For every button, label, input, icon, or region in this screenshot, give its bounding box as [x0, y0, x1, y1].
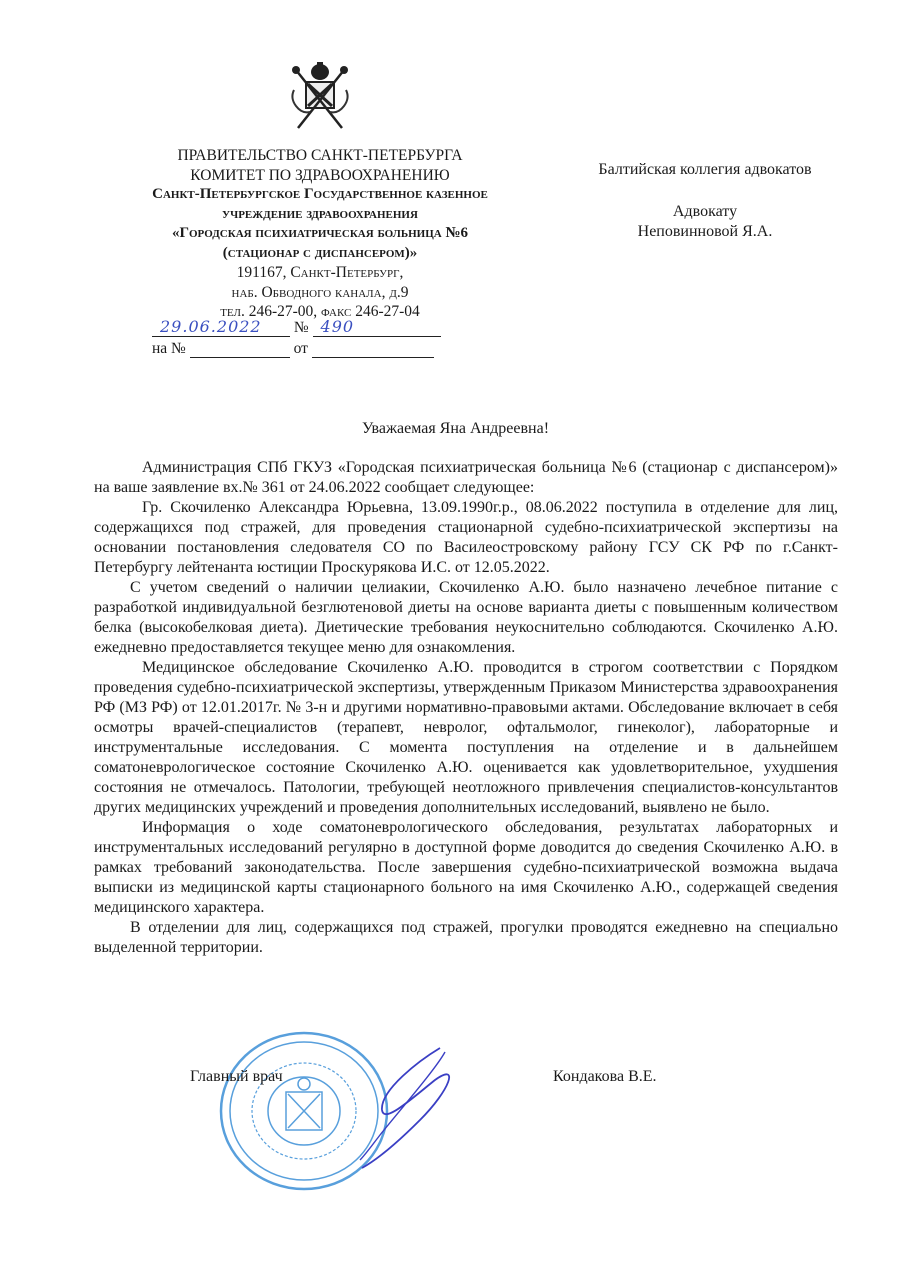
letterhead: ПРАВИТЕЛЬСТВО САНКТ-ПЕТЕРБУРГА КОМИТЕТ П… — [100, 146, 540, 322]
addressee-block: Балтийская коллегия адвокатов Адвокату Н… — [560, 160, 850, 242]
paragraph: Медицинское обследование Скочиленко А.Ю.… — [94, 658, 838, 818]
institution-line-1: Санкт-Петербургское Государственное казе… — [100, 185, 540, 205]
coat-of-arms-icon — [288, 62, 352, 134]
handwritten-signature-icon — [340, 1040, 470, 1170]
letter-body: Администрация СПб ГКУЗ «Городская психиа… — [94, 458, 838, 958]
outgoing-date: 29.06.2022 — [160, 317, 262, 336]
addressee-organization: Балтийская коллегия адвокатов — [560, 160, 850, 180]
greeting: Уважаемая Яна Андреевна! — [0, 420, 911, 438]
addressee-title: Адвокату — [560, 202, 850, 222]
paragraph: С учетом сведений о наличии целиакии, Ск… — [94, 578, 838, 658]
address-line-1: 191167, Санкт-Петербург, — [100, 263, 540, 283]
signatory-name: Кондакова В.Е. — [553, 1068, 657, 1086]
paragraph: Администрация СПб ГКУЗ «Городская психиа… — [94, 458, 838, 498]
institution-line-4: (стационар с диспансером)» — [100, 244, 540, 264]
addressee-name: Неповинновой Я.А. — [560, 222, 850, 242]
in-reply-number-field — [190, 339, 290, 358]
outgoing-number: 490 — [321, 317, 355, 336]
signatory-title: Главный врач — [190, 1068, 283, 1086]
institution-line-2: учреждение здравоохранения — [100, 205, 540, 225]
paragraph: Информация о ходе соматоневрологического… — [94, 818, 838, 918]
government-line: ПРАВИТЕЛЬСТВО САНКТ-ПЕТЕРБУРГА — [100, 146, 540, 166]
paragraph: Гр. Скочиленко Александра Юрьевна, 13.09… — [94, 498, 838, 578]
committee-line: КОМИТЕТ ПО ЗДРАВООХРАНЕНИЮ — [100, 166, 540, 186]
institution-line-3: «Городская психиатрическая больница №6 — [100, 224, 540, 244]
address-line-2: наб. Обводного канала, д.9 — [100, 283, 540, 303]
number-label: № — [294, 319, 309, 336]
in-reply-date-field — [312, 339, 434, 358]
outgoing-number-field: 490 — [313, 318, 441, 337]
outgoing-ref-line: 29.06.2022 № 490 — [152, 318, 462, 338]
from-label: от — [294, 340, 308, 357]
in-reply-ref-line: на № от — [152, 339, 462, 359]
outgoing-date-field: 29.06.2022 — [152, 318, 290, 337]
paragraph: В отделении для лиц, содержащихся под ст… — [94, 918, 838, 958]
in-reply-label: на № — [152, 340, 186, 357]
